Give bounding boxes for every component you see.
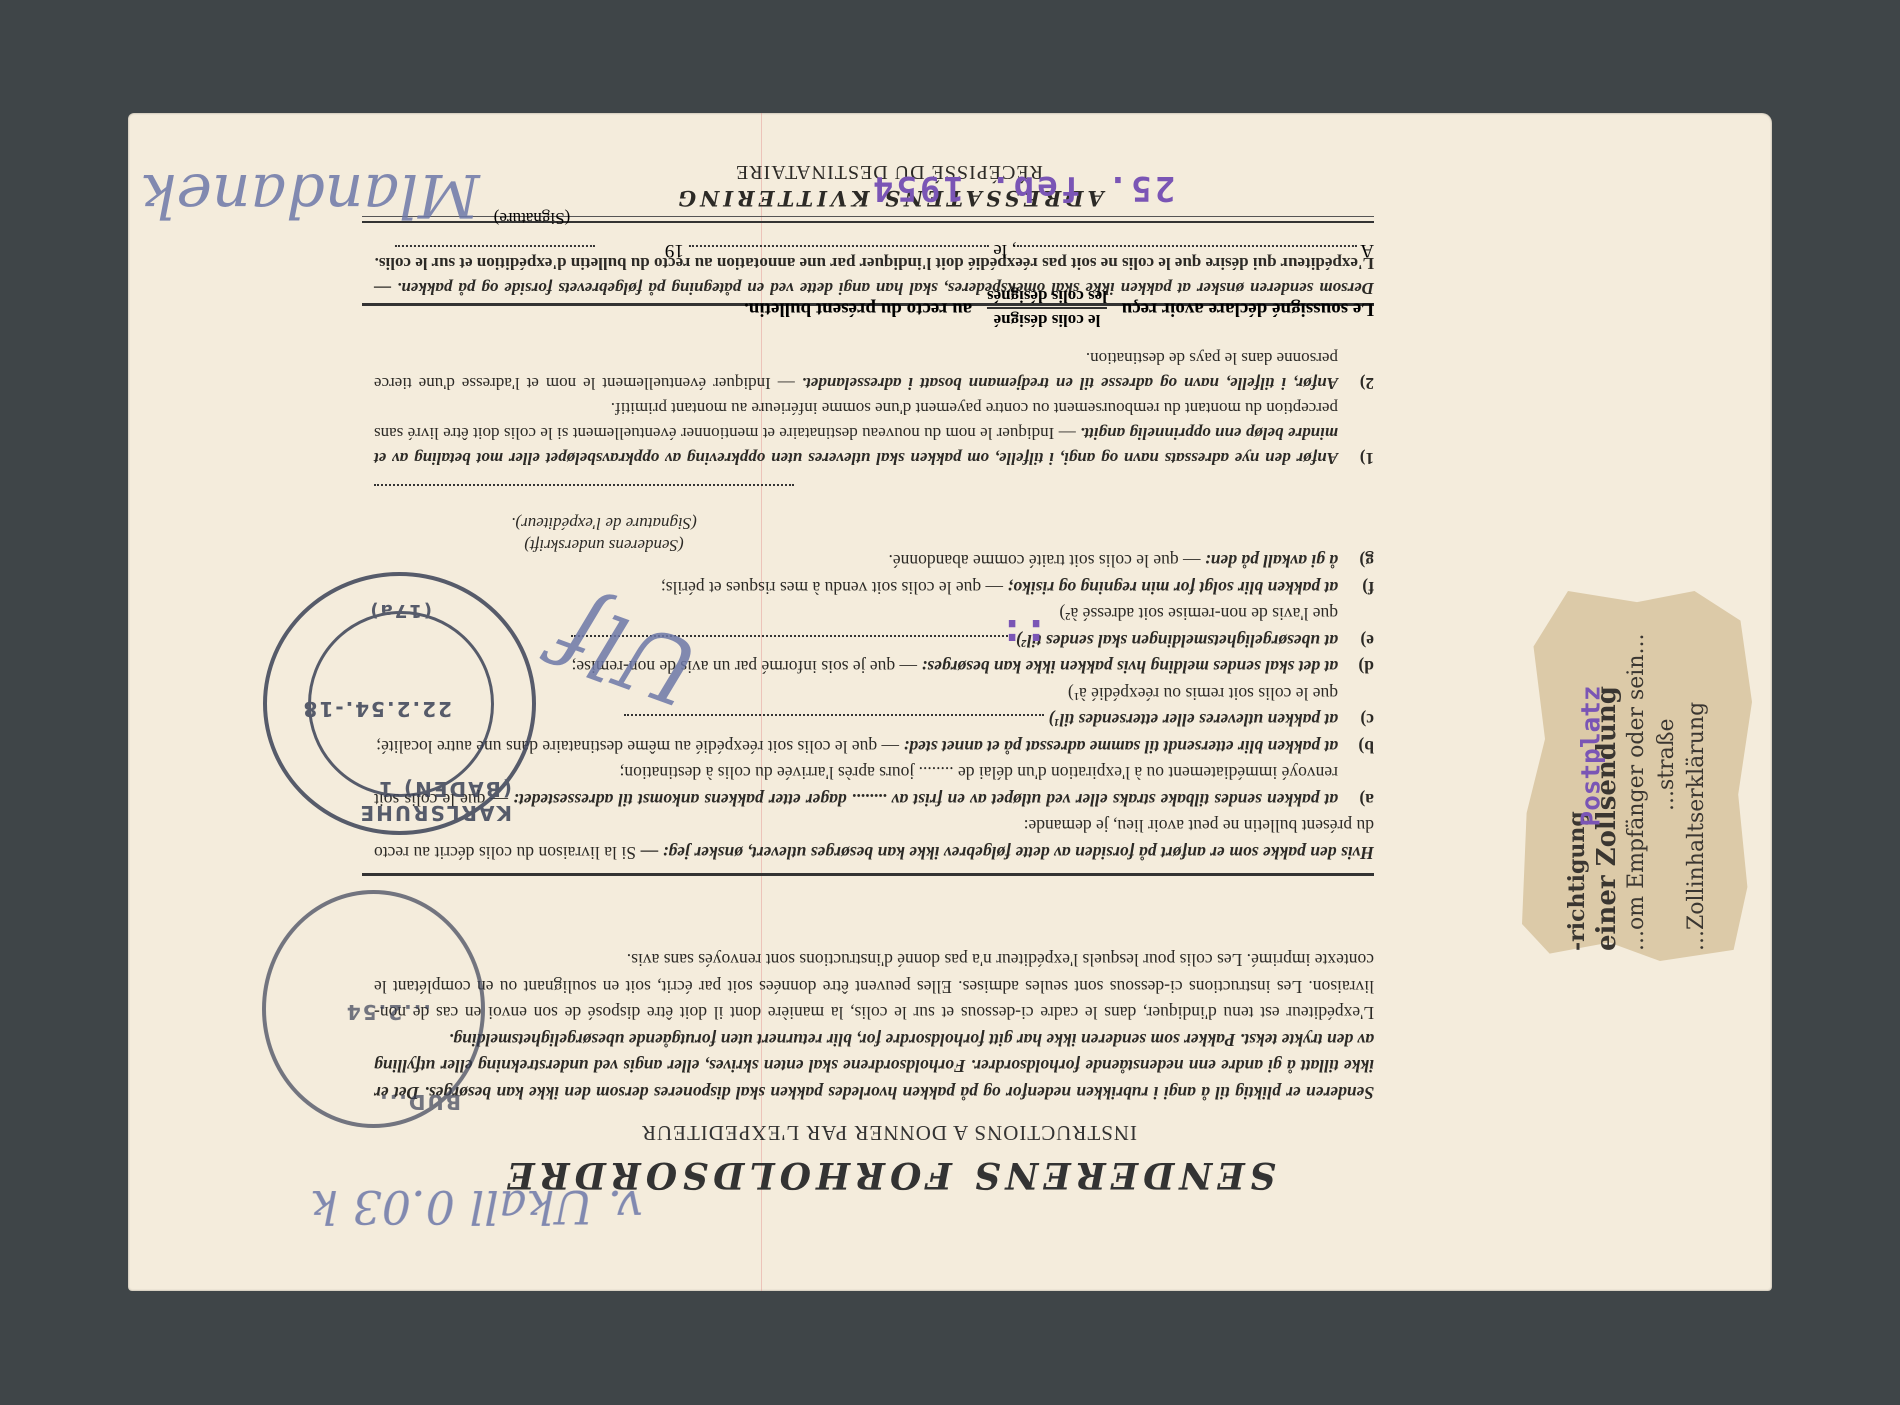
label-line: ...Zollinhaltserklärung — [1682, 634, 1712, 951]
footnote-2: 2)Anfør, i tilfelle, navn og adresse til… — [374, 346, 1374, 396]
label-line: ...om Empfänger oder sein... — [1622, 634, 1652, 951]
received-date-stamp: 25. feb. 1954 — [870, 168, 1175, 208]
option-mark: a) — [1359, 787, 1374, 814]
date-field[interactable] — [689, 245, 989, 247]
purple-mark: :: — [1000, 610, 1048, 656]
option-no: at det skal sendes melding hvis pakken i… — [921, 658, 1338, 678]
place-field[interactable] — [1017, 245, 1357, 247]
postmark-date: ...2.54 — [345, 1000, 431, 1024]
caption-no: (Senderens underskrift) — [454, 534, 754, 556]
bottom-handwriting: v. Ukall 0.03 k — [310, 1180, 643, 1234]
declare-text: Le soussigné déclare avoir reçu — [1122, 299, 1374, 320]
footnote-mark: 2) — [1360, 371, 1374, 396]
option-plural: les colis désignés — [987, 285, 1107, 307]
fill-line[interactable] — [624, 715, 1044, 717]
option-mark: c) — [1360, 707, 1374, 734]
postmark-code: (17a) — [368, 600, 432, 621]
postmark-second: BUD... ...2.54 — [262, 890, 485, 1128]
postplatz-stamp: Postplatz — [1577, 686, 1607, 827]
sender-signature-line[interactable] — [374, 484, 794, 486]
option-no: at pakken blir ettersendt til samme adre… — [903, 737, 1338, 757]
postmark-karlsruhe: KARLSRUHE (BADEN) 1 22.2.54.-18 (17a) — [263, 572, 536, 835]
option-no: at pakken blir solgt for min regning og … — [1007, 578, 1338, 598]
year-prefix: 19 — [665, 240, 684, 261]
place-prefix: A — [1361, 240, 1374, 261]
option-single: le colis désigné — [987, 307, 1107, 331]
option-no: at ubesørgelighetsmeldingen skal sendes … — [1016, 631, 1338, 651]
option-fr: — que le colis soit vendu à mes risques … — [661, 578, 1003, 598]
postmark-date: 22.2.54.-18 — [301, 697, 452, 721]
sender-signature-caption: (Senderens underskrift) (Signature de l'… — [454, 512, 754, 556]
option-a: a)at pakken sendes tilbake straks eller … — [374, 760, 1374, 813]
footnote-mark: 1) — [1360, 446, 1374, 471]
date-prefix: , le — [993, 240, 1016, 261]
option-no: å gi avkall på den: — [1205, 552, 1338, 572]
option-mark: b) — [1358, 734, 1374, 761]
option-fr: — que le colis soit traité comme abandon… — [888, 552, 1200, 572]
footnote-1: 1)Anfør den nye adressats navn og angi, … — [374, 396, 1374, 471]
option-e: e)at ubesørgelighetsmeldingen skal sende… — [374, 601, 1374, 654]
option-mark: d) — [1358, 654, 1374, 681]
footnotes: 1)Anfør den nye adressats navn og angi, … — [374, 346, 1374, 471]
option-fr: que l'avis de non-remise soit adressé à²… — [1059, 605, 1338, 625]
option-no: at pakken utleveres eller ettersendes ti… — [1048, 711, 1338, 731]
lead-norwegian: Hvis den pakke som er anført på forsiden… — [641, 843, 1374, 863]
label-line: ...straße — [1652, 634, 1682, 951]
footnote-no: Anfør, i tilfelle, navn og adresse til e… — [802, 374, 1338, 393]
receipt-declaration: Le soussigné déclare avoir reçu le colis… — [364, 285, 1374, 331]
recipient-signature-line[interactable] — [395, 245, 595, 247]
option-mark: g) — [1359, 548, 1374, 575]
option-no: at pakken sendes tilbake straks eller ve… — [513, 790, 1338, 810]
option-mark: e) — [1360, 628, 1374, 655]
option-fr: que le colis soit remis ou réexpédié à¹) — [1068, 684, 1338, 704]
declare-end: au recto du présent bulletin. — [744, 299, 972, 320]
option-f: f)at pakken blir solgt for min regning o… — [374, 575, 1374, 602]
recipient-signature: Mlandanek — [140, 160, 480, 230]
receipt-place-date: A , le 19 — [364, 239, 1374, 261]
postmark-city: KARLSRUHE (BADEN) 1 — [267, 777, 512, 825]
option-mark: f) — [1362, 575, 1374, 602]
caption-fr: (Signature de l'expéditeur). — [454, 512, 754, 534]
postmark-city: BUD... — [378, 1090, 461, 1114]
divider — [362, 873, 1374, 876]
colis-choice[interactable]: le colis désigné les colis désignés — [987, 285, 1107, 331]
